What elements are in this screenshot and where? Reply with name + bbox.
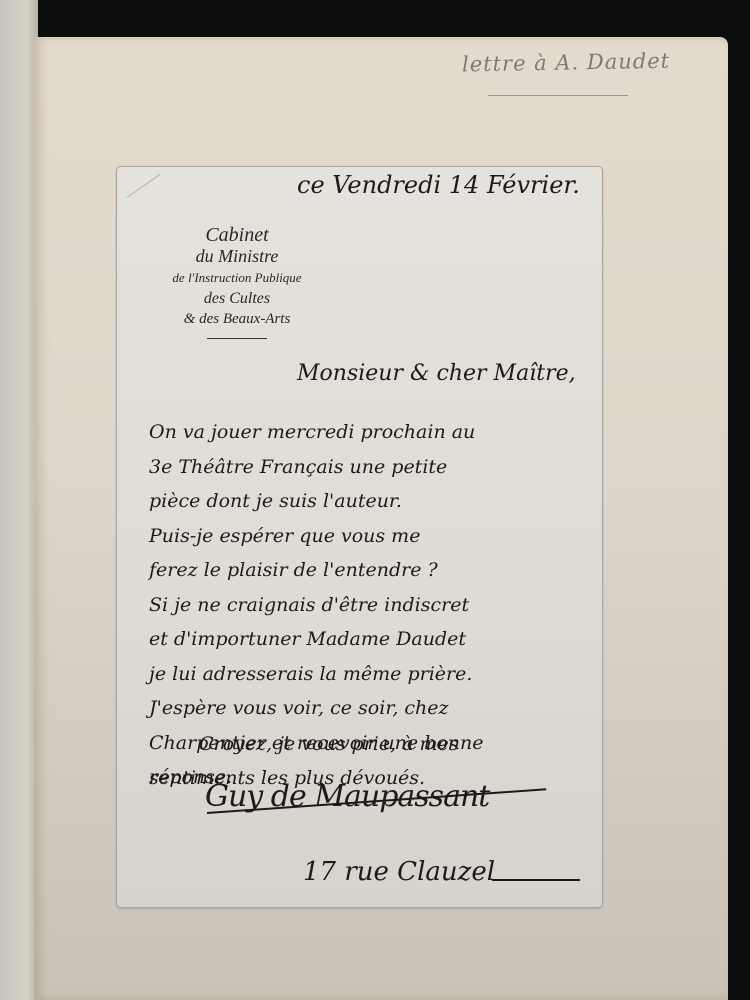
letter-card: Cabinet du Ministre de l'Instruction Pub…: [116, 166, 603, 908]
facing-page-edge: [0, 0, 38, 1000]
body-line: et d'importuner Madame Daudet: [149, 622, 484, 657]
letterhead-line: du Ministre: [137, 246, 337, 267]
body-line: Puis-je espérer que vous me: [149, 519, 484, 554]
pencil-annotation: lettre à A. Daudet: [462, 48, 732, 77]
body-line: pièce dont je suis l'auteur.: [149, 484, 484, 519]
closing-line: Croyez, je vous prie, à mes: [149, 727, 459, 761]
body-line: J'espère vous voir, ce soir, chez: [149, 691, 484, 726]
body-line: Si je ne craignais d'être indiscret: [149, 588, 484, 623]
letter-date: ce Vendredi 14 Février.: [297, 171, 580, 199]
body-line: On va jouer mercredi prochain au: [149, 415, 484, 450]
letterhead-line: & des Beaux-Arts: [137, 309, 337, 330]
sender-address: 17 rue Clauzel: [303, 857, 495, 887]
pencil-mark: [127, 174, 160, 198]
pencil-underline: [488, 95, 628, 96]
body-line: je lui adresserais la même prière.: [149, 657, 484, 692]
body-line: 3e Théâtre Français une petite: [149, 450, 484, 485]
letter-salutation: Monsieur & cher Maître,: [297, 361, 576, 386]
letterhead-ornament-rule: [207, 338, 267, 339]
body-line: ferez le plaisir de l'entendre ?: [149, 553, 484, 588]
letterhead: Cabinet du Ministre de l'Instruction Pub…: [137, 225, 337, 339]
letterhead-line: des Cultes: [137, 288, 337, 309]
letterhead-line: de l'Instruction Publique: [137, 267, 337, 288]
letterhead-line: Cabinet: [137, 225, 337, 246]
address-underline: [492, 879, 580, 881]
